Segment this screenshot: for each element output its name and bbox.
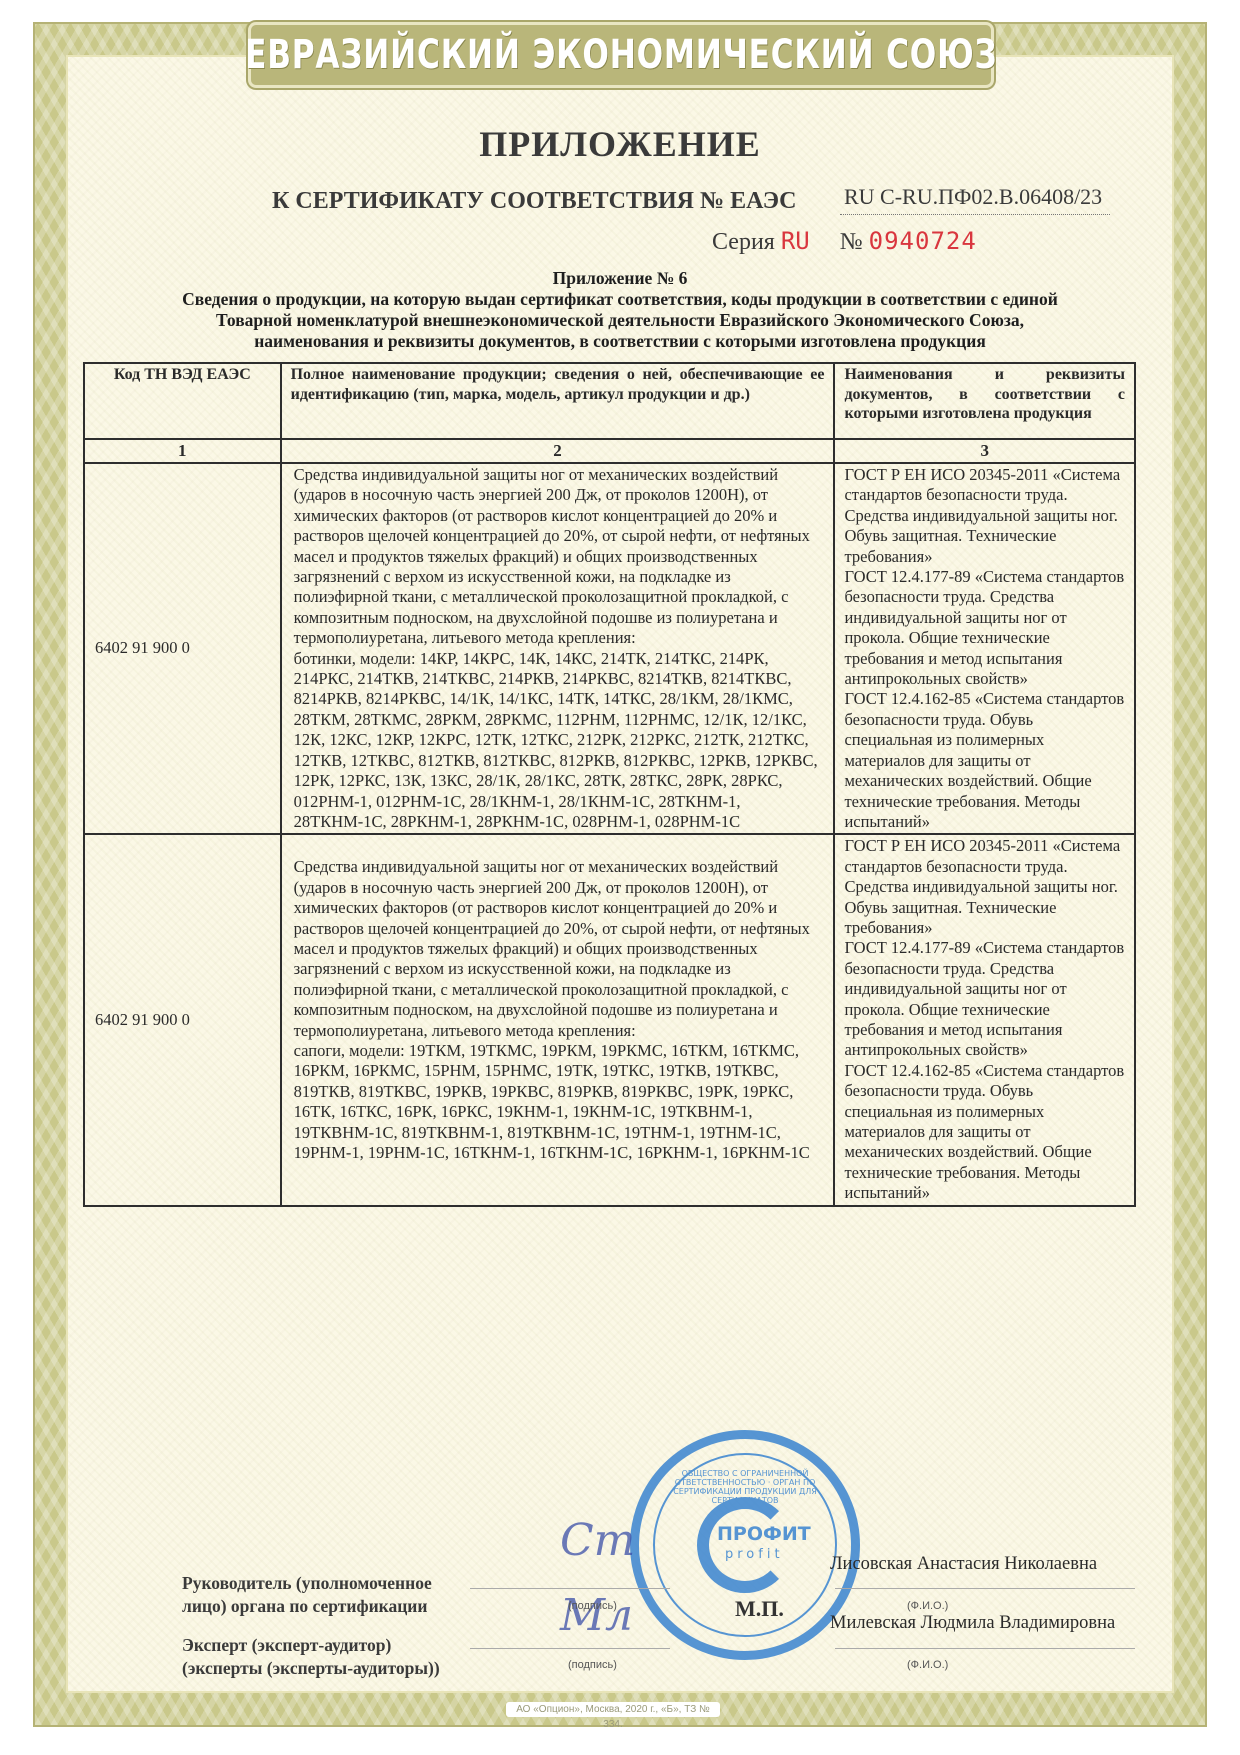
standard-item: ГОСТ Р ЕН ИСО 20345-2011 «Система станда… bbox=[844, 836, 1125, 938]
product-text: Средства индивидуальной защиты ног от ме… bbox=[294, 465, 825, 649]
expert-label-line: (эксперты (эксперты-аудиторы)) bbox=[182, 1657, 440, 1680]
appendix-title: Приложение № 6 bbox=[100, 268, 1140, 289]
head-label-line: лицо) органа по сертификации bbox=[182, 1595, 432, 1618]
standards-list: ГОСТ Р ЕН ИСО 20345-2011 «Система станда… bbox=[834, 834, 1135, 1205]
document-title: ПРИЛОЖЕНИЕ bbox=[0, 123, 1240, 165]
certificate-label: К СЕРТИФИКАТУ СООТВЕТСТВИЯ № ЕАЭС bbox=[272, 188, 796, 215]
expert-name-line bbox=[835, 1648, 1135, 1649]
eaeu-banner: ЕВРАЗИЙСКИЙ ЭКОНОМИЧЕСКИЙ СОЮЗ bbox=[248, 22, 994, 88]
hs-code: 6402 91 900 0 bbox=[84, 463, 281, 834]
fio-caption: (Ф.И.О.) bbox=[907, 1600, 948, 1612]
signature-caption: (подпись) bbox=[568, 1600, 617, 1612]
header-documents: Наименования и реквизиты документов, в с… bbox=[834, 363, 1135, 439]
head-signature: Ст bbox=[560, 1515, 635, 1566]
stamp-subname: profit bbox=[725, 1547, 784, 1562]
product-description: Средства индивидуальной защиты ног от ме… bbox=[281, 463, 835, 834]
expert-label: Эксперт (эксперт-аудитор) (эксперты (экс… bbox=[182, 1634, 440, 1680]
standard-item: ГОСТ 12.4.162-85 «Система стандартов без… bbox=[844, 689, 1125, 832]
expert-label-line: Эксперт (эксперт-аудитор) bbox=[182, 1634, 440, 1657]
expert-name: Милевская Людмила Владимировна bbox=[830, 1613, 1115, 1634]
certificate-number: RU C-RU.ПФ02.В.06408/23 bbox=[840, 184, 1110, 215]
product-models: сапоги, модели: 19ТКМ, 19ТКМС, 19РКМ, 19… bbox=[294, 1041, 825, 1163]
number-label: № bbox=[840, 229, 863, 255]
header-code: Код ТН ВЭД ЕАЭС bbox=[84, 363, 281, 439]
organization-stamp: ОБЩЕСТВО С ОГРАНИЧЕННОЙ ОТВЕТСТВЕННОСТЬЮ… bbox=[630, 1430, 860, 1660]
series-line: Серия RU № 0940724 bbox=[712, 227, 977, 256]
product-text: Средства индивидуальной защиты ног от ме… bbox=[294, 857, 825, 1041]
head-name: Лисовская Анастасия Николаевна bbox=[830, 1554, 1097, 1575]
appendix-line: Товарной номенклатурой внешнеэкономическ… bbox=[100, 310, 1140, 331]
table-header-row: Код ТН ВЭД ЕАЭС Полное наименование прод… bbox=[84, 363, 1135, 439]
table-row: 6402 91 900 0 Средства индивидуальной за… bbox=[84, 834, 1135, 1205]
product-description: Средства индивидуальной защиты ног от ме… bbox=[281, 834, 835, 1205]
expert-signature: Мл bbox=[560, 1590, 633, 1641]
standard-item: ГОСТ 12.4.177-89 «Система стандартов без… bbox=[844, 567, 1125, 689]
banner-text: ЕВРАЗИЙСКИЙ ЭКОНОМИЧЕСКИЙ СОЮЗ bbox=[245, 32, 997, 78]
stamp-name: ПРОФИТ bbox=[717, 1523, 811, 1545]
head-signature-line bbox=[470, 1588, 670, 1589]
head-label-line: Руководитель (уполномоченное bbox=[182, 1572, 432, 1595]
header-description: Полное наименование продукции; сведения … bbox=[281, 363, 835, 439]
standard-item: ГОСТ 12.4.177-89 «Система стандартов без… bbox=[844, 938, 1125, 1060]
head-label: Руководитель (уполномоченное лицо) орган… bbox=[182, 1572, 432, 1618]
series-label: Серия bbox=[712, 229, 775, 255]
products-table: Код ТН ВЭД ЕАЭС Полное наименование прод… bbox=[83, 362, 1136, 1207]
head-name-line bbox=[835, 1588, 1135, 1589]
standard-item: ГОСТ 12.4.162-85 «Система стандартов без… bbox=[844, 1061, 1125, 1204]
table-row: 6402 91 900 0 Средства индивидуальной за… bbox=[84, 463, 1135, 834]
product-models: ботинки, модели: 14КР, 14КРС, 14К, 14КС,… bbox=[294, 649, 825, 833]
standard-item: ГОСТ Р ЕН ИСО 20345-2011 «Система станда… bbox=[844, 465, 1125, 567]
fio-caption: (Ф.И.О.) bbox=[907, 1659, 948, 1671]
appendix-heading: Приложение № 6 Сведения о продукции, на … bbox=[100, 268, 1140, 352]
hs-code: 6402 91 900 0 bbox=[84, 834, 281, 1205]
appendix-line: Сведения о продукции, на которую выдан с… bbox=[100, 289, 1140, 310]
printer-imprint: АО «Опцион», Москва, 2020 г., «Б», ТЗ № … bbox=[506, 1702, 720, 1717]
column-number: 3 bbox=[834, 439, 1135, 463]
appendix-line: наименования и реквизиты документов, в с… bbox=[100, 331, 1140, 352]
column-number: 2 bbox=[281, 439, 835, 463]
column-number: 1 bbox=[84, 439, 281, 463]
seal-label: М.П. bbox=[735, 1596, 784, 1622]
column-number-row: 1 2 3 bbox=[84, 439, 1135, 463]
expert-signature-line bbox=[470, 1648, 670, 1649]
stamp-logo-icon bbox=[697, 1497, 793, 1593]
signature-caption: (подпись) bbox=[568, 1659, 617, 1671]
blank-number: 0940724 bbox=[869, 227, 977, 255]
series-value: RU bbox=[781, 227, 810, 255]
standards-list: ГОСТ Р ЕН ИСО 20345-2011 «Система станда… bbox=[834, 463, 1135, 834]
